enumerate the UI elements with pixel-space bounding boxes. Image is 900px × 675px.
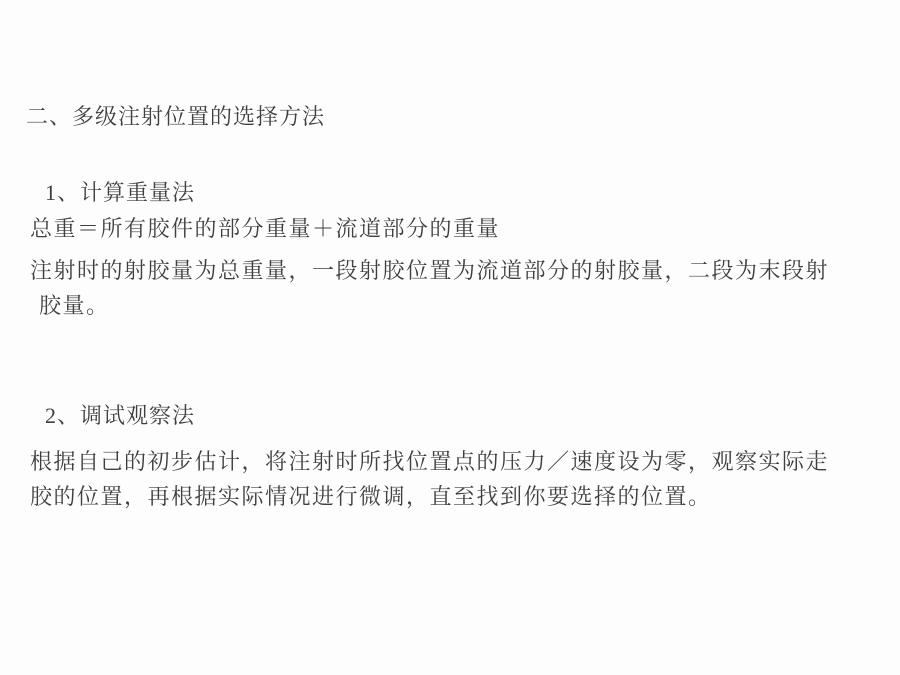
section-1-heading: 1、计算重量法: [45, 182, 195, 204]
paragraph-line: 注射时的射胶量为总重量，一段射胶位置为流道部分的射胶量，二段为末段射: [30, 257, 829, 292]
section-1-paragraph: 注射时的射胶量为总重量，一段射胶位置为流道部分的射胶量，二段为末段射 胶量。: [30, 257, 829, 327]
paragraph-line: 根据自己的初步估计，将注射时所找位置点的压力／速度设为零，观察实际走: [30, 448, 829, 483]
slide: 二、多级注射位置的选择方法 1、计算重量法 总重＝所有胶件的部分重量＋流道部分的…: [0, 0, 900, 675]
section-2-heading: 2、调试观察法: [45, 405, 195, 427]
section-2-paragraph: 根据自己的初步估计，将注射时所找位置点的压力／速度设为零，观察实际走 胶的位置，…: [30, 448, 829, 518]
section-1-formula: 总重＝所有胶件的部分重量＋流道部分的重量: [30, 218, 500, 240]
slide-title: 二、多级注射位置的选择方法: [26, 106, 325, 128]
paragraph-line: 胶量。: [30, 292, 829, 327]
paragraph-line: 胶的位置，再根据实际情况进行微调，直至找到你要选择的位置。: [30, 483, 829, 518]
